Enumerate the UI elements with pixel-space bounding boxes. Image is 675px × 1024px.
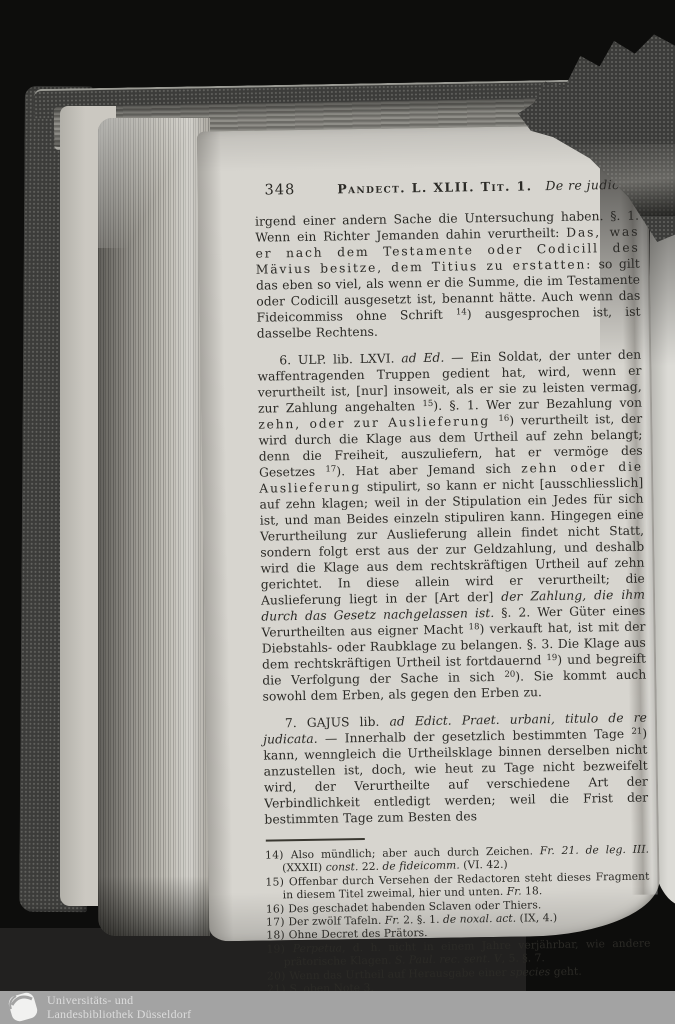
text-segment: ad Ed. — [401, 351, 444, 366]
page-header: 348 Pandect. L. XLII. Tit. 1. De re judi… — [254, 177, 638, 199]
text-segment: geht. — [550, 964, 582, 977]
footnote-ref: 16 — [498, 414, 509, 424]
text-segment: zehn, oder zur Auslieferung — [258, 414, 498, 432]
footnote-ref: 14 — [456, 308, 467, 318]
open-book-logo-icon — [3, 991, 43, 1023]
footnote-number: 19) — [266, 942, 292, 955]
footnote-number: 14) — [265, 848, 291, 861]
footnote-number: 16) — [266, 902, 289, 915]
footnote-list: 14) Also mündlich; aber auch durch Zeich… — [265, 843, 651, 996]
watermark-bar: Universitäts- und Landesbibliothek Düsse… — [0, 991, 675, 1024]
footnote-ref: 19 — [546, 653, 557, 663]
text-segment: 2. §. 1. — [400, 913, 443, 927]
scanned-book-photo: 348 Pandect. L. XLII. Tit. 1. De re judi… — [0, 0, 675, 1024]
text-segment: 22. — [358, 860, 382, 873]
footnote-rule — [266, 838, 365, 842]
footnote-ref: 15 — [422, 399, 433, 409]
text-segment: (IX, 4.) — [516, 911, 557, 925]
footnote-number: 18) — [266, 929, 289, 942]
text-segment: species — [510, 965, 550, 979]
text-segment: , 5. §. 7. — [502, 951, 545, 965]
footnote-ref: 17 — [325, 465, 336, 475]
book-page: 348 Pandect. L. XLII. Tit. 1. De re judi… — [197, 125, 661, 942]
watermark-text: Universitäts- und Landesbibliothek Düsse… — [47, 993, 191, 1021]
footnote-number: 20) — [267, 969, 290, 982]
footnote-number: 17) — [266, 915, 289, 928]
text-segment: ). §. 1. Wer zur Bezahlung von — [433, 396, 642, 413]
body-paragraph: irgend einer andern Sache die Untersuchu… — [255, 208, 641, 342]
text-segment: de noxal. act. — [443, 912, 516, 926]
text-segment: 6. ULP. lib. LXVI. — [279, 351, 401, 367]
text-segment: ). Hat aber Jemand sich — [336, 462, 521, 479]
body-text: irgend einer andern Sache die Untersuchu… — [255, 208, 649, 828]
watermark-line2: Landesbibliothek Düsseldorf — [47, 1007, 191, 1021]
text-segment: Fr. 21. de leg. III. — [540, 843, 649, 858]
text-segment: 7. GAJUS lib. — [285, 715, 390, 731]
body-paragraph: 7. GAJUS lib. ad Edict. Praet. urbani, t… — [263, 710, 649, 828]
page-number: 348 — [264, 182, 295, 198]
watermark-line1: Universitäts- und — [47, 993, 191, 1007]
text-segment: (VI. 42.) — [460, 858, 508, 872]
text-segment: const. — [326, 861, 359, 875]
footnotes-section: 14) Also mündlich; aber auch durch Zeich… — [265, 834, 651, 996]
text-segment: Der zwölf Tafeln. — [288, 914, 385, 929]
text-segment: de fideicomm. — [382, 859, 459, 873]
footnote-number: 15) — [265, 875, 289, 888]
text-segment: Perpetua — [293, 941, 342, 955]
running-title: Pandect. L. XLII. Tit. 1. — [337, 178, 532, 196]
text-segment: 18. — [522, 884, 543, 897]
footnote-ref: 21 — [631, 727, 642, 737]
page-text-block: 348 Pandect. L. XLII. Tit. 1. De re judi… — [254, 177, 651, 996]
body-paragraph: 6. ULP. lib. LXVI. ad Ed. — Ein Soldat, … — [257, 347, 646, 705]
fore-edge-shadow — [98, 876, 210, 936]
page-stack-fore-edge — [98, 118, 210, 936]
footnote-ref: 20 — [504, 670, 515, 680]
text-segment: S. Paul. rec. sent. V — [395, 952, 502, 967]
text-segment: Fr. — [385, 914, 400, 927]
text-segment: (XXXII) — [282, 861, 326, 875]
fore-edge-highlight — [98, 118, 210, 248]
text-segment: Fr. — [507, 885, 522, 898]
footnote-ref: 18 — [469, 622, 480, 632]
